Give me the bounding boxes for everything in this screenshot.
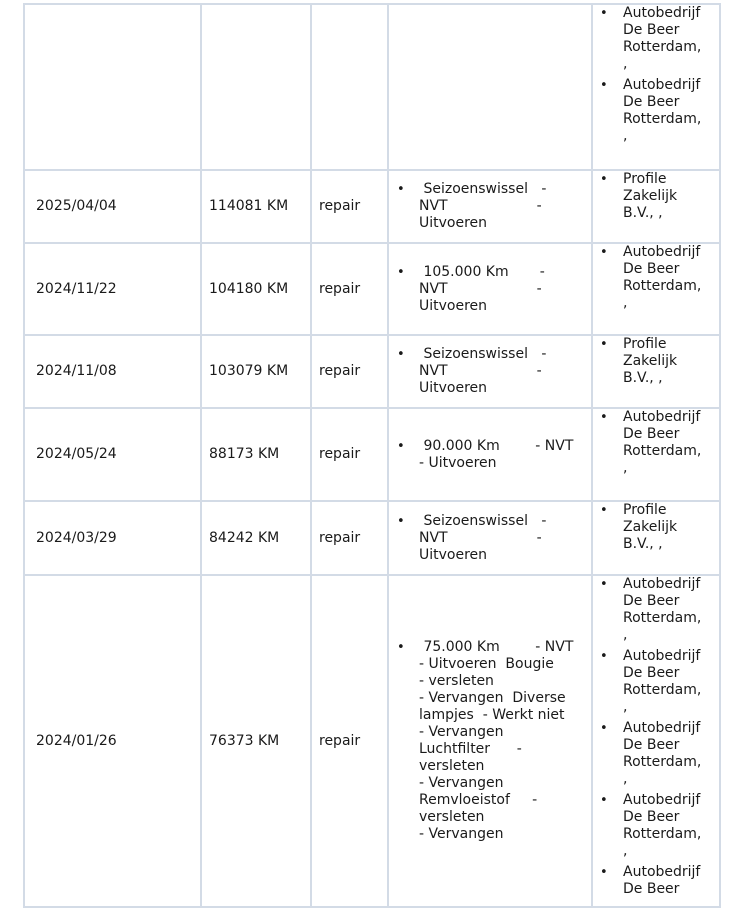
description-list: 90.000 Km - NVT - Uitvoeren <box>389 438 585 472</box>
date-cell <box>24 4 201 170</box>
garage-item: Autobedrijf De Beer <box>593 864 719 898</box>
garage-list: Autobedrijf De Beer Rotterdam, , Autobed… <box>593 5 719 145</box>
mileage-cell <box>201 4 311 170</box>
description-list: Seizoenswissel - NVT - Uitvoeren <box>389 513 585 564</box>
garage-item: Autobedrijf De Beer Rotterdam, , <box>593 792 719 860</box>
garage-list: Autobedrijf De Beer Rotterdam, , <box>593 409 719 477</box>
description-item: Seizoenswissel - NVT - Uitvoeren <box>389 346 585 397</box>
type-cell <box>311 4 388 170</box>
description-cell: 90.000 Km - NVT - Uitvoeren <box>388 408 592 501</box>
mileage-cell: 76373 KM <box>201 575 311 907</box>
garage-item: Autobedrijf De Beer Rotterdam, , <box>593 77 719 145</box>
description-cell: Seizoenswissel - NVT - Uitvoeren <box>388 335 592 408</box>
garage-list: Profile Zakelijk B.V., , <box>593 171 719 222</box>
garage-item: Autobedrijf De Beer Rotterdam, , <box>593 648 719 716</box>
date-cell: 2024/03/29 <box>24 501 201 575</box>
garage-cell: Autobedrijf De Beer Rotterdam, , <box>592 408 720 501</box>
mileage-cell: 114081 KM <box>201 170 311 243</box>
type-cell: repair <box>311 575 388 907</box>
garage-cell: Autobedrijf De Beer Rotterdam, , Autobed… <box>592 575 720 907</box>
table-row: 2024/11/08103079 KMrepair Seizoenswissel… <box>24 335 720 408</box>
table-row: 2024/03/2984242 KMrepair Seizoenswissel … <box>24 501 720 575</box>
garage-cell: Profile Zakelijk B.V., , <box>592 335 720 408</box>
mileage-cell: 88173 KM <box>201 408 311 501</box>
date-cell: 2024/11/08 <box>24 335 201 408</box>
garage-list: Autobedrijf De Beer Rotterdam, , <box>593 244 719 312</box>
table-row: 2024/05/2488173 KMrepair 90.000 Km - NVT… <box>24 408 720 501</box>
date-cell: 2024/01/26 <box>24 575 201 907</box>
description-list: Seizoenswissel - NVT - Uitvoeren <box>389 346 585 397</box>
type-cell: repair <box>311 408 388 501</box>
description-list: 75.000 Km - NVT - Uitvoeren Bougie - ver… <box>389 639 585 843</box>
description-item: 75.000 Km - NVT - Uitvoeren Bougie - ver… <box>389 639 585 843</box>
garage-cell: Autobedrijf De Beer Rotterdam, , Autobed… <box>592 4 720 170</box>
garage-item: Autobedrijf De Beer Rotterdam, , <box>593 720 719 788</box>
garage-item: Autobedrijf De Beer Rotterdam, , <box>593 5 719 73</box>
mileage-cell: 104180 KM <box>201 243 311 335</box>
table-body: Autobedrijf De Beer Rotterdam, , Autobed… <box>24 4 720 907</box>
type-cell: repair <box>311 170 388 243</box>
date-cell: 2025/04/04 <box>24 170 201 243</box>
garage-list: Autobedrijf De Beer Rotterdam, , Autobed… <box>593 576 719 898</box>
table-row: Autobedrijf De Beer Rotterdam, , Autobed… <box>24 4 720 170</box>
table-row: 2024/01/2676373 KMrepair 75.000 Km - NVT… <box>24 575 720 907</box>
garage-item: Profile Zakelijk B.V., , <box>593 171 719 222</box>
garage-item: Profile Zakelijk B.V., , <box>593 336 719 387</box>
garage-cell: Profile Zakelijk B.V., , <box>592 501 720 575</box>
mileage-cell: 84242 KM <box>201 501 311 575</box>
date-cell: 2024/05/24 <box>24 408 201 501</box>
description-item: 90.000 Km - NVT - Uitvoeren <box>389 438 585 472</box>
garage-cell: Autobedrijf De Beer Rotterdam, , <box>592 243 720 335</box>
type-cell: repair <box>311 335 388 408</box>
garage-item: Autobedrijf De Beer Rotterdam, , <box>593 576 719 644</box>
garage-list: Profile Zakelijk B.V., , <box>593 336 719 387</box>
description-cell: Seizoenswissel - NVT - Uitvoeren <box>388 170 592 243</box>
description-item: Seizoenswissel - NVT - Uitvoeren <box>389 181 585 232</box>
description-cell: Seizoenswissel - NVT - Uitvoeren <box>388 501 592 575</box>
type-cell: repair <box>311 243 388 335</box>
date-cell: 2024/11/22 <box>24 243 201 335</box>
description-cell: 75.000 Km - NVT - Uitvoeren Bougie - ver… <box>388 575 592 907</box>
description-list: Seizoenswissel - NVT - Uitvoeren <box>389 181 585 232</box>
garage-item: Autobedrijf De Beer Rotterdam, , <box>593 409 719 477</box>
garage-cell: Profile Zakelijk B.V., , <box>592 170 720 243</box>
maintenance-history-table: Autobedrijf De Beer Rotterdam, , Autobed… <box>23 3 721 908</box>
mileage-cell: 103079 KM <box>201 335 311 408</box>
description-item: Seizoenswissel - NVT - Uitvoeren <box>389 513 585 564</box>
description-list: 105.000 Km - NVT - Uitvoeren <box>389 264 585 315</box>
garage-list: Profile Zakelijk B.V., , <box>593 502 719 553</box>
description-item: 105.000 Km - NVT - Uitvoeren <box>389 264 585 315</box>
table-row: 2024/11/22104180 KMrepair 105.000 Km - N… <box>24 243 720 335</box>
garage-item: Profile Zakelijk B.V., , <box>593 502 719 553</box>
table-row: 2025/04/04114081 KMrepair Seizoenswissel… <box>24 170 720 243</box>
type-cell: repair <box>311 501 388 575</box>
description-cell: 105.000 Km - NVT - Uitvoeren <box>388 243 592 335</box>
garage-item: Autobedrijf De Beer Rotterdam, , <box>593 244 719 312</box>
description-cell <box>388 4 592 170</box>
